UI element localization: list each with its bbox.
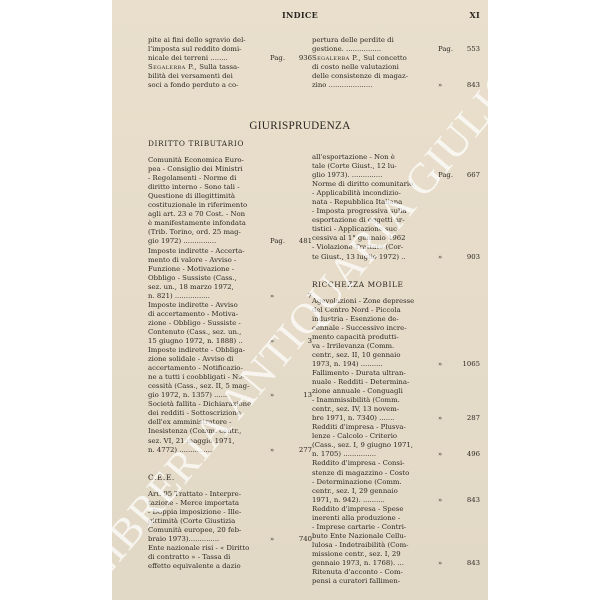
page-number: 13 xyxy=(303,391,312,400)
entry-line: soci a fondo perduto a co- xyxy=(156,81,268,90)
section-title: GIURISPRUDENZA xyxy=(112,120,488,132)
entry-line: dei redditi - Sottoscrizione xyxy=(156,409,268,418)
ref-prefix: » xyxy=(438,253,442,262)
entry-line: esportazione di oggetti ar- xyxy=(320,216,434,225)
entry-line: bre 1971, n. 7340) ....... xyxy=(320,414,434,423)
index-entry: Segalerba P., Sulla tassa-bilità dei ver… xyxy=(148,63,268,90)
entry-line: pertura delle perdite di xyxy=(320,36,434,45)
entry-line: zione annuale - Conguagli xyxy=(320,387,434,396)
entry-line: Segalerba P., Sulla tassa- xyxy=(156,63,268,72)
entry-line: gittimità (Corte Giustizia xyxy=(156,517,268,526)
entry-line: di accertamento - Motiva- xyxy=(156,310,268,319)
entry-line: cessiva al 1° gennaio 1962 xyxy=(320,234,434,243)
index-entry: Redditi d'impresa - Plusva-lenze - Calco… xyxy=(312,423,434,459)
page-number: 496 xyxy=(467,450,480,459)
ref-prefix: » xyxy=(270,337,274,346)
entry-line: zione - Obbligo - Sussiste - xyxy=(156,319,268,328)
entry-line: gestione. ................ xyxy=(320,45,434,54)
entry-line: - Doppia imposizione - Ille- xyxy=(156,508,268,517)
page-number: 1065 xyxy=(462,360,480,369)
ref-prefix: » xyxy=(438,81,442,90)
entry-line: cennale - Successivo incre- xyxy=(320,324,434,333)
entry-line: Segalerba P., Sul concetto xyxy=(320,54,434,63)
entry-line: n. 1705) ............... xyxy=(320,450,434,459)
entry-line: Società fallita - Dichiarazione xyxy=(156,400,268,409)
page-number: 553 xyxy=(467,45,480,54)
page-number: 277 xyxy=(299,446,312,455)
subsection-heading: C.E.E. xyxy=(148,473,308,482)
index-entry: all'esportazione - Non ètale (Corte Gius… xyxy=(312,153,434,180)
entry-line: delle consistenze di magaz- xyxy=(320,72,434,81)
entry-line: pea - Consiglio dei Ministri xyxy=(156,165,268,174)
index-entry: Reddito d'impresa - Consi-stenze di maga… xyxy=(312,459,434,504)
ref-prefix: » xyxy=(438,450,442,459)
index-entry: Agevolazioni - Zone depressedel Centro N… xyxy=(312,297,434,369)
entry-author: Segalerba P., xyxy=(312,54,361,62)
index-entry: Segalerba P., Sul concettodi costo nelle… xyxy=(312,54,434,90)
entry-line: inerenti alla produzione - xyxy=(320,514,434,523)
page-folio: XI xyxy=(469,10,480,20)
ref-prefix: » xyxy=(270,292,274,301)
entry-line: 1971, n. 942). .......... xyxy=(320,496,434,505)
entry-line: Inesistenza (Comm. centr., xyxy=(156,427,268,436)
entry-line: Comunità europee, 20 feb- xyxy=(156,526,268,535)
entry-line: - Regolamenti - Norme di xyxy=(156,174,268,183)
running-head: INDICE XI xyxy=(112,10,488,24)
entry-line: lulosa - Indetraibilità (Com- xyxy=(320,541,434,550)
entry-line: Agevolazioni - Zone depresse xyxy=(320,297,434,306)
entry-line: missione centr., sez. I, 29 xyxy=(320,550,434,559)
entry-line: effetto equivalente a dazio xyxy=(156,562,268,571)
index-entry: Norme di diritto comunitario- Applicabil… xyxy=(312,180,434,261)
page-number: 843 xyxy=(467,496,480,505)
entry-line: Comunità Economica Euro- xyxy=(156,156,268,165)
entry-line: gennaio 1973, n. 1768). ... xyxy=(320,559,434,568)
entry-line: Obbligo - Sussiste (Cass., xyxy=(156,274,268,283)
entry-line: all'esportazione - Non è xyxy=(320,153,434,162)
entry-line: centr., sez. II, 10 gennaio xyxy=(320,351,434,360)
ref-prefix: » xyxy=(270,535,274,544)
entry-line: Imposte indirette - Obbliga- xyxy=(156,346,268,355)
entry-line: tazione - Merce importata xyxy=(156,499,268,508)
entry-line: mento capacità produtti- xyxy=(320,333,434,342)
entry-line: - Imposta progressiva sulla xyxy=(320,207,434,216)
entry-line: buto Ente Nazionale Cellu- xyxy=(320,532,434,541)
ref-prefix: » xyxy=(438,496,442,505)
entry-line: Imposte indirette - Accerta- xyxy=(156,247,268,256)
index-entry: Ritenuta d'acconto - Com-pensi a curator… xyxy=(312,568,434,586)
ref-prefix: Pag. xyxy=(270,237,285,246)
index-entry: Reddito d'impresa - Speseinerenti alla p… xyxy=(312,505,434,568)
entry-line: zione solidale - Avviso di xyxy=(156,355,268,364)
subsection-heading: DIRITTO TRIBUTARIO xyxy=(148,139,308,148)
entry-line: n. 4772) ............... xyxy=(156,446,268,455)
entry-line: gio 1972) ............... xyxy=(156,237,268,246)
ref-prefix: » xyxy=(270,446,274,455)
entry-line: Redditi d'impresa - Plusva- xyxy=(320,423,434,432)
entry-line: agli art. 23 e 70 Cost. - Non xyxy=(156,210,268,219)
entry-line: tale (Corte Giust., 12 lu- xyxy=(320,162,434,171)
entry-line: del Centro Nord - Piccola xyxy=(320,306,434,315)
index-entry: pite ai fini dello sgravio del-l'imposta… xyxy=(148,36,268,63)
entry-line: (Cass., sez. I, 9 giugno 1971, xyxy=(320,441,434,450)
entry-line: gio 1972, n. 1357) ...... xyxy=(156,391,268,400)
entry-line: diritto interno - Sono tali - xyxy=(156,183,268,192)
ref-prefix: » xyxy=(438,360,442,369)
entry-line: braio 1973).............. xyxy=(156,535,268,544)
index-entry: pertura delle perdite digestione. ......… xyxy=(312,36,434,54)
ref-prefix: » xyxy=(438,414,442,423)
ref-prefix: Pag. xyxy=(438,171,453,180)
page-number: 843 xyxy=(467,559,480,568)
running-head-title: INDICE xyxy=(282,10,318,20)
entry-line: n. 821) ................ xyxy=(156,292,268,301)
entry-line: Questione di illegittimità xyxy=(156,192,268,201)
entry-line: - Inammissibilità (Comm. xyxy=(320,396,434,405)
entry-line: Fallimento - Durata ultran- xyxy=(320,369,434,378)
entry-line: di costo nelle valutazioni xyxy=(320,63,434,72)
entry-line: è manifestamente infondata xyxy=(156,219,268,228)
subsection-heading: RICCHEZZA MOBILE xyxy=(312,280,482,289)
left-column: DIRITTO TRIBUTARIOComunità Economica Eur… xyxy=(148,139,308,571)
entry-line: centr., sez. I, 29 gennaio xyxy=(320,487,434,496)
entry-line: costituzionale in riferimento xyxy=(156,201,268,210)
entry-author: Segalerba P., xyxy=(148,63,197,71)
entry-line: dell'ex amministratore - xyxy=(156,418,268,427)
entry-line: sez. VI, 21 maggio 1971, xyxy=(156,437,268,446)
entry-line: Norme di diritto comunitario xyxy=(320,180,434,189)
entry-line: 15 giugno 1972, n. 1888) .. xyxy=(156,337,268,346)
entry-line: cessità (Cass., sez. II, 5 mag- xyxy=(156,382,268,391)
entry-line: - Imprese cartarie - Contri- xyxy=(320,523,434,532)
entry-line: Imposte indirette - Avviso xyxy=(156,301,268,310)
page-number: 667 xyxy=(467,171,480,180)
index-entry: Ente nazionale risi - « Dirittodi contra… xyxy=(148,544,268,571)
index-entry: Imposte indirette - Avvisodi accertament… xyxy=(148,301,268,346)
entry-line: - Violazione Trattato (Cor- xyxy=(320,243,434,252)
entry-line: industria - Esenzione de- xyxy=(320,315,434,324)
index-entry: Comunità Economica Euro-pea - Consiglio … xyxy=(148,156,268,246)
entry-line: va - Irrilevanza (Comm. xyxy=(320,342,434,351)
entry-line: ne a tutti i coobbligati - Ne- xyxy=(156,373,268,382)
entry-line: Ente nazionale risi - « Diritto xyxy=(156,544,268,553)
index-entry: Società fallita - Dichiarazionedei reddi… xyxy=(148,400,268,454)
index-entry: Imposte indirette - Obbliga-zione solida… xyxy=(148,346,268,400)
entry-line: l'imposta sul reddito domi- xyxy=(156,45,268,54)
entry-line: 1973, n. 194) .......... xyxy=(320,360,434,369)
entry-line: Reddito d'impresa - Consi- xyxy=(320,459,434,468)
entry-line: pensi a curatori fallimen- xyxy=(320,577,434,586)
top-left-continuation: pite ai fini dello sgravio del-l'imposta… xyxy=(148,36,308,90)
page-number: 936 xyxy=(299,54,312,63)
entry-line: tistici - Applicazione suc- xyxy=(320,225,434,234)
entry-line: stenze di magazzino - Costo xyxy=(320,469,434,478)
entry-line: Art. 95 Trattato - Interpre- xyxy=(156,490,268,499)
entry-line: pite ai fini dello sgravio del- xyxy=(156,36,268,45)
right-column: all'esportazione - Non ètale (Corte Gius… xyxy=(312,153,482,586)
page-number: 287 xyxy=(467,414,480,423)
page-number: 481 xyxy=(299,237,312,246)
ref-prefix: Pag. xyxy=(438,45,453,54)
book-page: INDICE XI pite ai fini dello sgravio del… xyxy=(112,0,488,600)
entry-line: di contratto » - Tassa di xyxy=(156,553,268,562)
entry-line: nicale dei terreni ........ xyxy=(156,54,268,63)
entry-line: Contenuto (Cass., sez. un., xyxy=(156,328,268,337)
entry-line: (Trib. Torino, ord. 25 mag- xyxy=(156,228,268,237)
ref-prefix: » xyxy=(270,391,274,400)
page-number: 903 xyxy=(467,253,480,262)
entry-line: sez. un., 18 marzo 1972, xyxy=(156,283,268,292)
page-number: 843 xyxy=(467,81,480,90)
entry-line: centr., sez. IV, 13 novem- xyxy=(320,405,434,414)
index-entry: Fallimento - Durata ultran-nuale - Reddi… xyxy=(312,369,434,423)
ref-prefix: Pag. xyxy=(270,54,285,63)
entry-line: mento di valore - Avviso - xyxy=(156,256,268,265)
entry-line: Funzione - Motivazione - xyxy=(156,265,268,274)
entry-line: bilità dei versamenti dei xyxy=(156,72,268,81)
top-right-continuation: pertura delle perdite digestione. ......… xyxy=(312,36,482,90)
index-entry: Imposte indirette - Accerta-mento di val… xyxy=(148,247,268,301)
entry-line: lenze - Calcolo - Criterio xyxy=(320,432,434,441)
index-entry: Art. 95 Trattato - Interpre-tazione - Me… xyxy=(148,490,268,544)
entry-line: te Giust., 13 luglio 1972) .. xyxy=(320,253,434,262)
entry-line: - Determinazione (Comm. xyxy=(320,478,434,487)
entry-line: - Applicabilità incondizio- xyxy=(320,189,434,198)
entry-line: Ritenuta d'acconto - Com- xyxy=(320,568,434,577)
entry-line: Reddito d'impresa - Spese xyxy=(320,505,434,514)
entry-line: nata - Repubblica Italiana xyxy=(320,198,434,207)
entry-line: zino .................... xyxy=(320,81,434,90)
ref-prefix: » xyxy=(438,559,442,568)
page-number: 740 xyxy=(299,535,312,544)
entry-line: glio 1973). .............. xyxy=(320,171,434,180)
entry-line: nuale - Redditi - Determina- xyxy=(320,378,434,387)
entry-line: accertamento - Notificazio- xyxy=(156,364,268,373)
